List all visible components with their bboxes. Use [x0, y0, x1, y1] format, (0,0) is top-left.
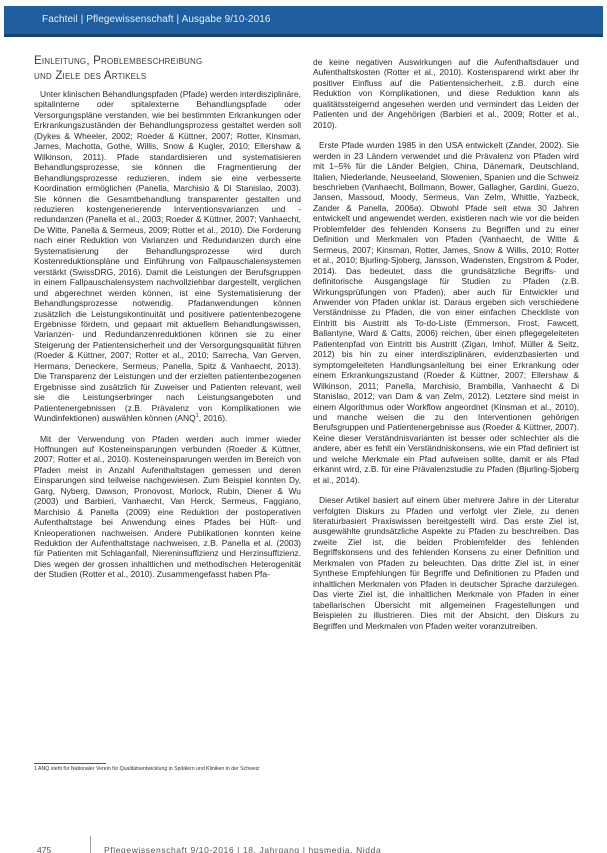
paragraph-text-tail: , 2016).	[199, 413, 228, 423]
running-header-bar: Fachteil | Pflegewissenschaft | Ausgabe …	[4, 6, 603, 37]
footnote: 1 ANQ steht für Nationaler Verein für Qu…	[34, 766, 304, 773]
left-column: Einleitung, Problembeschreibung und Ziel…	[34, 54, 301, 580]
paragraph: Erste Pfade wurden 1985 in den USA entwi…	[313, 140, 579, 485]
section-title: Einleitung, Problembeschreibung und Ziel…	[34, 54, 301, 84]
right-column: de keine negativen Auswirkungen auf die …	[313, 57, 579, 631]
section-title-line-1: Einleitung, Problembeschreibung	[34, 54, 301, 69]
page-number: 475	[37, 845, 51, 853]
paragraph: Unter klinischen Behandlungspfaden (Pfad…	[34, 89, 301, 424]
paragraph: Dieser Artikel basiert auf einem über me…	[313, 495, 579, 631]
paragraph: Mit der Verwendung von Pfaden werden auc…	[34, 434, 301, 580]
journal-footer: Pflegewissenschaft 9/10-2016 | 18. Jahrg…	[104, 845, 381, 853]
running-header-text: Fachteil | Pflegewissenschaft | Ausgabe …	[42, 14, 271, 25]
footnote-divider	[34, 763, 106, 764]
paragraph-text: Unter klinischen Behandlungspfaden (Pfad…	[34, 89, 301, 423]
paragraph-continued: de keine negativen Auswirkungen auf die …	[313, 57, 579, 130]
footer-divider	[90, 836, 91, 853]
section-title-line-2: und Ziele des Artikels	[34, 69, 301, 84]
